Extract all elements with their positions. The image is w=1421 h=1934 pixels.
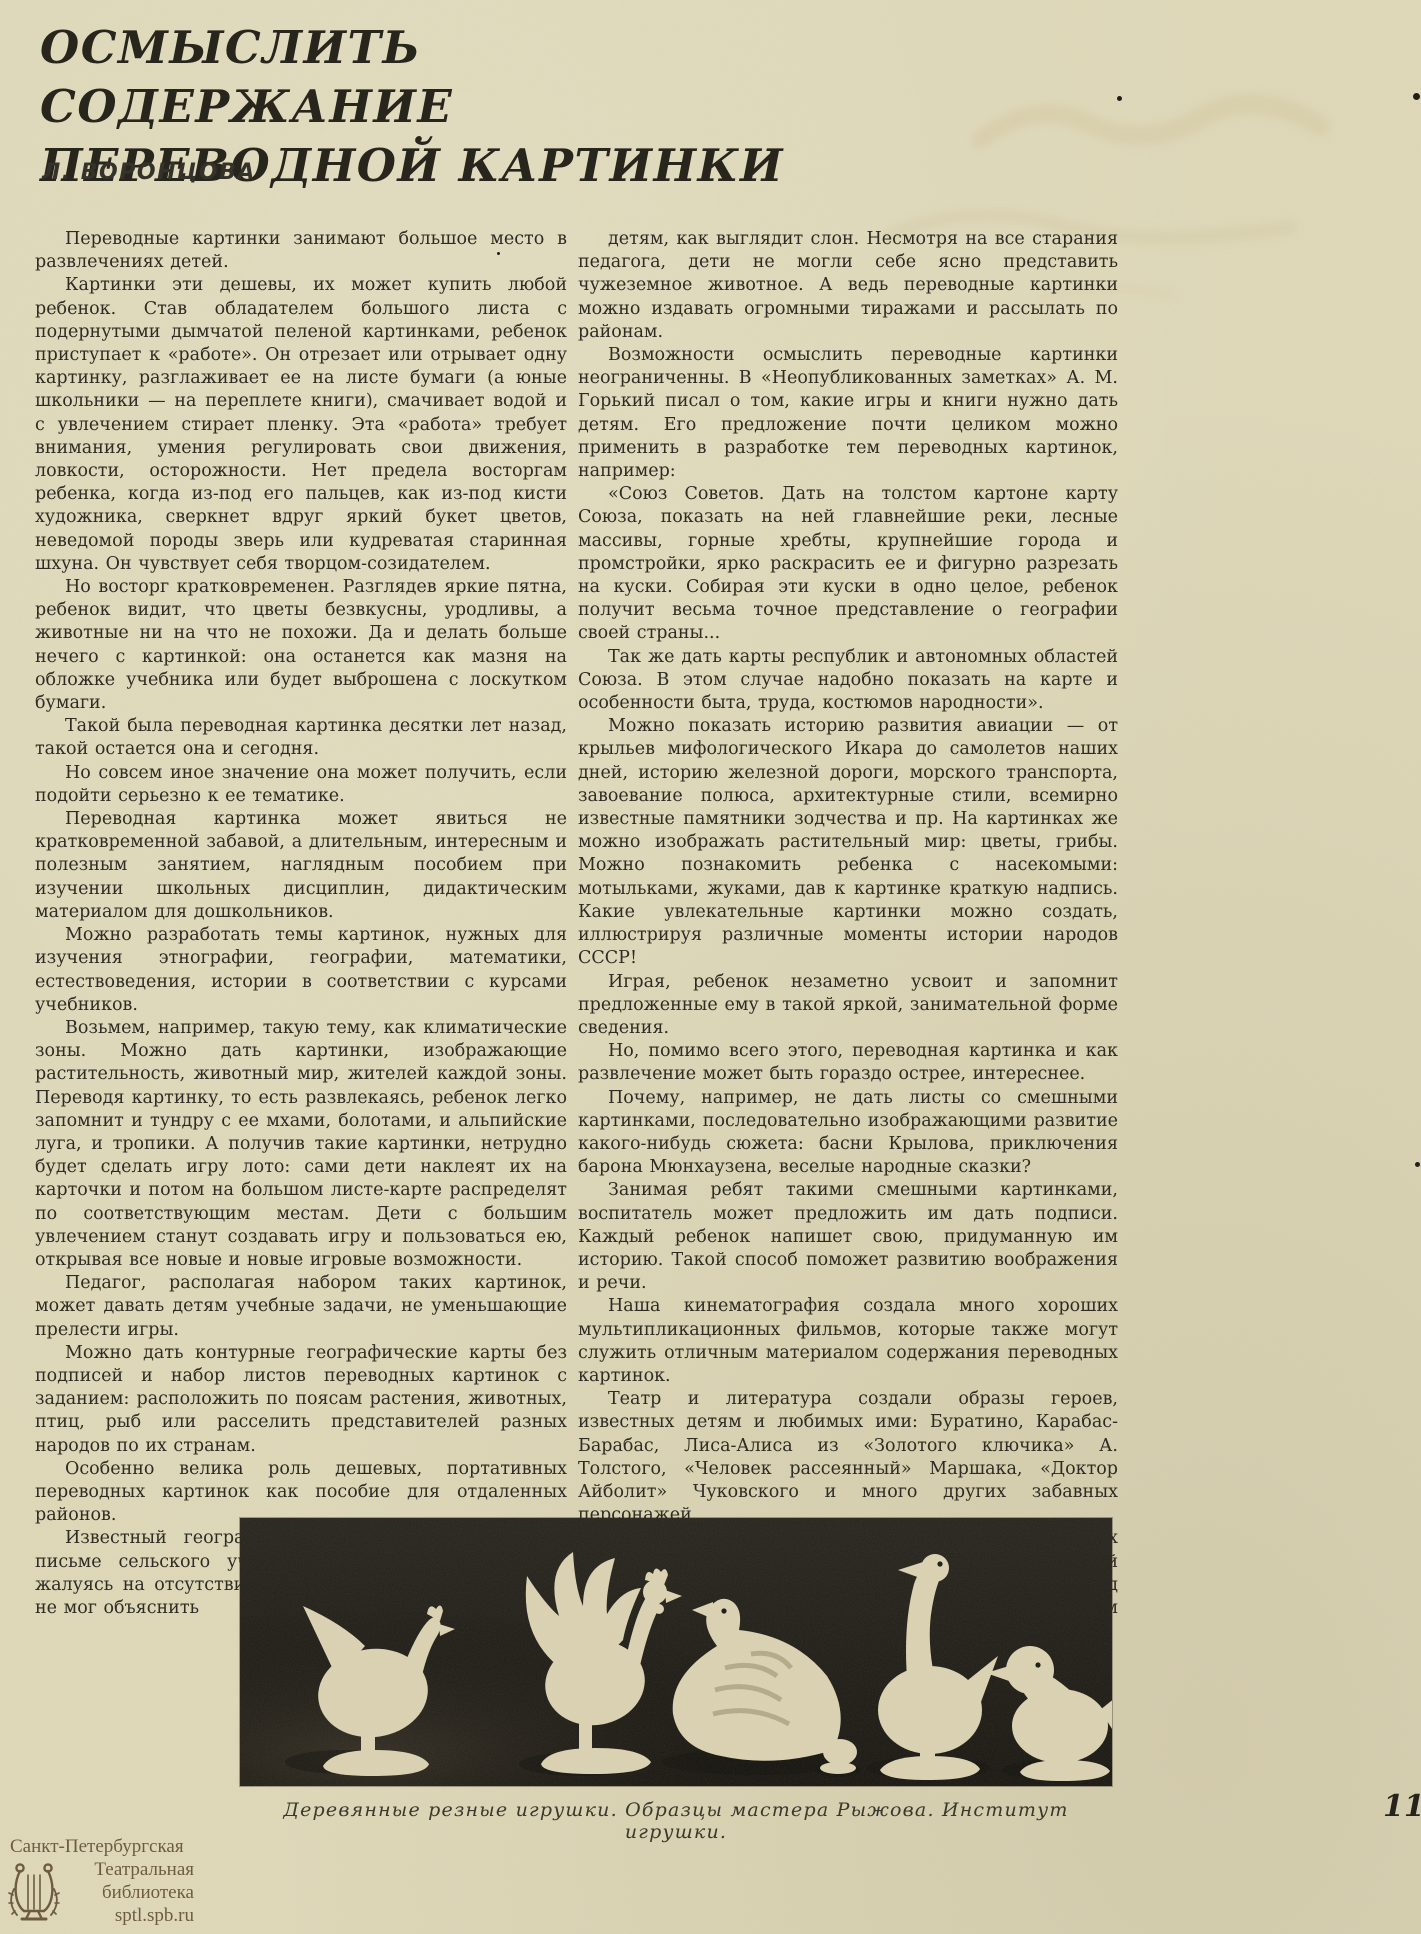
- scan-speck: [1413, 93, 1420, 100]
- paragraph: Занимая ребят такими смешными картинками…: [578, 1179, 1118, 1295]
- paragraph: Наша кинематография создала много хороши…: [578, 1295, 1118, 1388]
- paragraph: Так же дать карты республик и автономных…: [578, 646, 1118, 716]
- article-column-left: Переводные картинки занимают большое мес…: [35, 228, 567, 1620]
- scanned-magazine-page: ОСМЫСЛИТЬ СОДЕРЖАНИЕ ПЕРЕВОДНОЙ КАРТИНКИ…: [0, 0, 1421, 1934]
- article-title-line1: ОСМЫСЛИТЬ СОДЕРЖАНИЕ: [40, 18, 800, 136]
- paragraph: Педагог, располагая набором таких картин…: [35, 1272, 567, 1342]
- paragraph: Возможности осмыслить переводные картинк…: [578, 344, 1118, 483]
- toys-photograph: [240, 1518, 1112, 1786]
- paragraph: «Союз Советов. Дать на толстом картоне к…: [578, 483, 1118, 645]
- paragraph: Особенно велика роль дешевых, портативны…: [35, 1458, 567, 1528]
- paragraph: Театр и литература создали образы героев…: [578, 1388, 1118, 1527]
- paragraph: Переводные картинки занимают большое мес…: [35, 228, 567, 274]
- scan-speck: [1415, 1162, 1420, 1167]
- photo-caption: Деревянные резные игрушки. Образцы масте…: [240, 1799, 1112, 1843]
- scan-speck: [1117, 96, 1122, 101]
- watermark-line3: библиотека: [60, 1882, 194, 1903]
- watermark-line2: Театральная: [60, 1859, 194, 1880]
- paragraph: Возьмем, например, такую тему, как клима…: [35, 1017, 567, 1272]
- paragraph: детям, как выглядит слон. Несмотря на вс…: [578, 228, 1118, 344]
- article-column-right: детям, как выглядит слон. Несмотря на вс…: [578, 228, 1118, 1643]
- paragraph: Играя, ребенок незаметно усвоит и запомн…: [578, 971, 1118, 1041]
- article-author: Л. ВОРОНЦОВА: [42, 160, 256, 185]
- paragraph: Почему, например, не дать листы со смешн…: [578, 1087, 1118, 1180]
- paragraph: Картинки эти дешевы, их может купить люб…: [35, 274, 567, 576]
- paragraph: Но совсем иное значение она может получи…: [35, 762, 567, 808]
- watermark-line4: sptl.spb.ru: [60, 1905, 194, 1926]
- lyre-icon: [8, 1859, 60, 1932]
- paragraph: Можно показать историю развития авиации …: [578, 715, 1118, 970]
- scan-speck: [497, 252, 500, 255]
- paragraph: Переводная картинка может явиться не кра…: [35, 808, 567, 924]
- watermark-line1: Санкт-Петербургская: [10, 1836, 208, 1857]
- paragraph: Можно разработать темы картинок, нужных …: [35, 924, 567, 1017]
- paragraph: Такой была переводная картинка десятки л…: [35, 715, 567, 761]
- library-watermark: Санкт-Петербургская: [8, 1836, 208, 1932]
- page-number: 11: [1383, 1789, 1421, 1824]
- paragraph: Но восторг кратковременен. Разглядев ярк…: [35, 576, 567, 715]
- paragraph: Можно дать контурные географические карт…: [35, 1342, 567, 1458]
- paragraph: Но, помимо всего этого, переводная карти…: [578, 1040, 1118, 1086]
